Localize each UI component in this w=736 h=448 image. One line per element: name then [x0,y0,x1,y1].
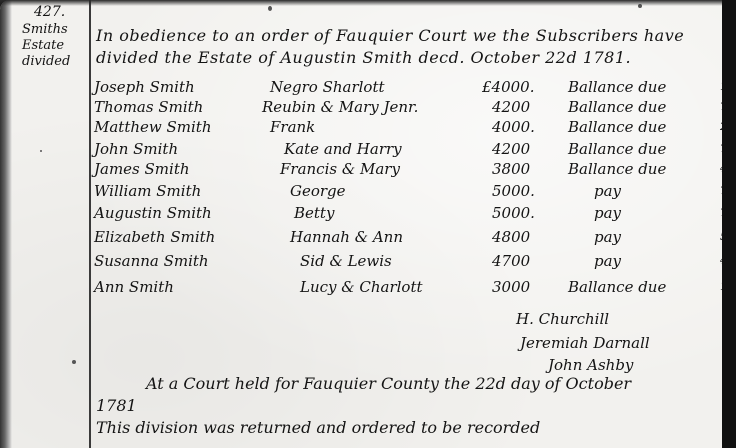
allotted-persons: Negro Sharlott [270,78,385,96]
signature-churchill: H. Churchill [516,310,609,328]
document-page: 427. Smiths Estate divided In obedience … [0,0,722,448]
allotment-row: Augustin Smith Betty 5000. pay 7 [94,204,722,224]
heading-line-1: In obedience to an order of Fauquier Cou… [96,26,684,45]
allotted-persons: Betty [294,204,334,222]
signature-darnall: Jeremiah Darnall [520,334,650,352]
ink-speck [72,360,76,364]
heir-name: Ann Smith [94,278,174,296]
heir-name: Augustin Smith [94,204,212,222]
allotment-row: Matthew Smith Frank 4000. Ballance due 2… [94,118,722,138]
closing-court-line: At a Court held for Fauquier County the … [146,374,631,393]
allotment-row: William Smith George 5000. pay 7 [94,182,722,202]
allotment-value: 4800 [492,228,530,246]
heading-line-2: divided the Estate of Augustin Smith dec… [96,48,631,67]
signature-ashby: John Ashby [548,356,633,374]
page-binding-shadow [0,0,12,448]
heir-name: James Smith [94,160,190,178]
heir-name: Susanna Smith [94,252,209,270]
allotted-persons: Kate and Harry [284,140,402,158]
closing-recorded-line: This division was returned and ordered t… [96,418,540,437]
heir-name: William Smith [94,182,201,200]
allotment-row: Joseph Smith Negro Sharlott £4000. Balla… [94,78,722,98]
allotment-value: 4200 [492,98,530,116]
closing-year: 1781 [96,396,137,415]
heir-name: Matthew Smith [94,118,212,136]
ink-speck [268,6,272,11]
allotment-status: Ballance due [568,78,666,96]
allotment-status: Ballance due [568,278,666,296]
allotment-status: pay [594,228,621,246]
allotment-status: Ballance due [568,98,666,116]
allotment-value: 3000 [492,278,530,296]
allotted-persons: Reubin & Mary Jenr. [262,98,418,116]
heir-name: Elizabeth Smith [94,228,215,246]
allotment-row: John Smith Kate and Harry 4200 Ballance … [94,140,722,160]
allotment-status: pay [594,204,621,222]
entry-number: 427. [34,4,65,20]
allotment-status: Ballance due [568,160,666,178]
allotment-row: Susanna Smith Sid & Lewis 4700 pay 4 [94,252,722,272]
allotment-value: £4000. [482,78,535,96]
allotment-row: James Smith Francis & Mary 3800 Ballance… [94,160,722,180]
allotment-row: Ann Smith Lucy & Charlott 3000 Ballance … [94,278,722,298]
margin-note-line: divided [22,54,70,69]
allotted-persons: Frank [270,118,315,136]
allotment-status: pay [594,182,621,200]
allotment-status: pay [594,252,621,270]
allotted-persons: Lucy & Charlott [300,278,423,296]
margin-note-line: Smiths [22,22,68,37]
allotment-value: 5000. [492,204,535,222]
allotment-status: Ballance due [568,140,666,158]
allotment-row: Elizabeth Smith Hannah & Ann 4800 pay 5 [94,228,722,248]
allotted-persons: Francis & Mary [280,160,400,178]
scan-top-shadow [0,0,736,6]
heir-name: Joseph Smith [94,78,195,96]
allotted-persons: George [290,182,346,200]
margin-rule [89,0,91,448]
ink-speck [40,150,42,152]
heir-name: John Smith [94,140,178,158]
allotment-value: 4000. [492,118,535,136]
allotment-value: 4700 [492,252,530,270]
allotment-value: 5000. [492,182,535,200]
allotment-value: 4200 [492,140,530,158]
allotted-persons: Sid & Lewis [300,252,392,270]
scan-right-edge [722,0,736,448]
allotment-value: 3800 [492,160,530,178]
allotment-row: Thomas Smith Reubin & Mary Jenr. 4200 Ba… [94,98,722,118]
heir-name: Thomas Smith [94,98,203,116]
margin-note-line: Estate [22,38,64,53]
allotment-status: Ballance due [568,118,666,136]
allotted-persons: Hannah & Ann [290,228,403,246]
